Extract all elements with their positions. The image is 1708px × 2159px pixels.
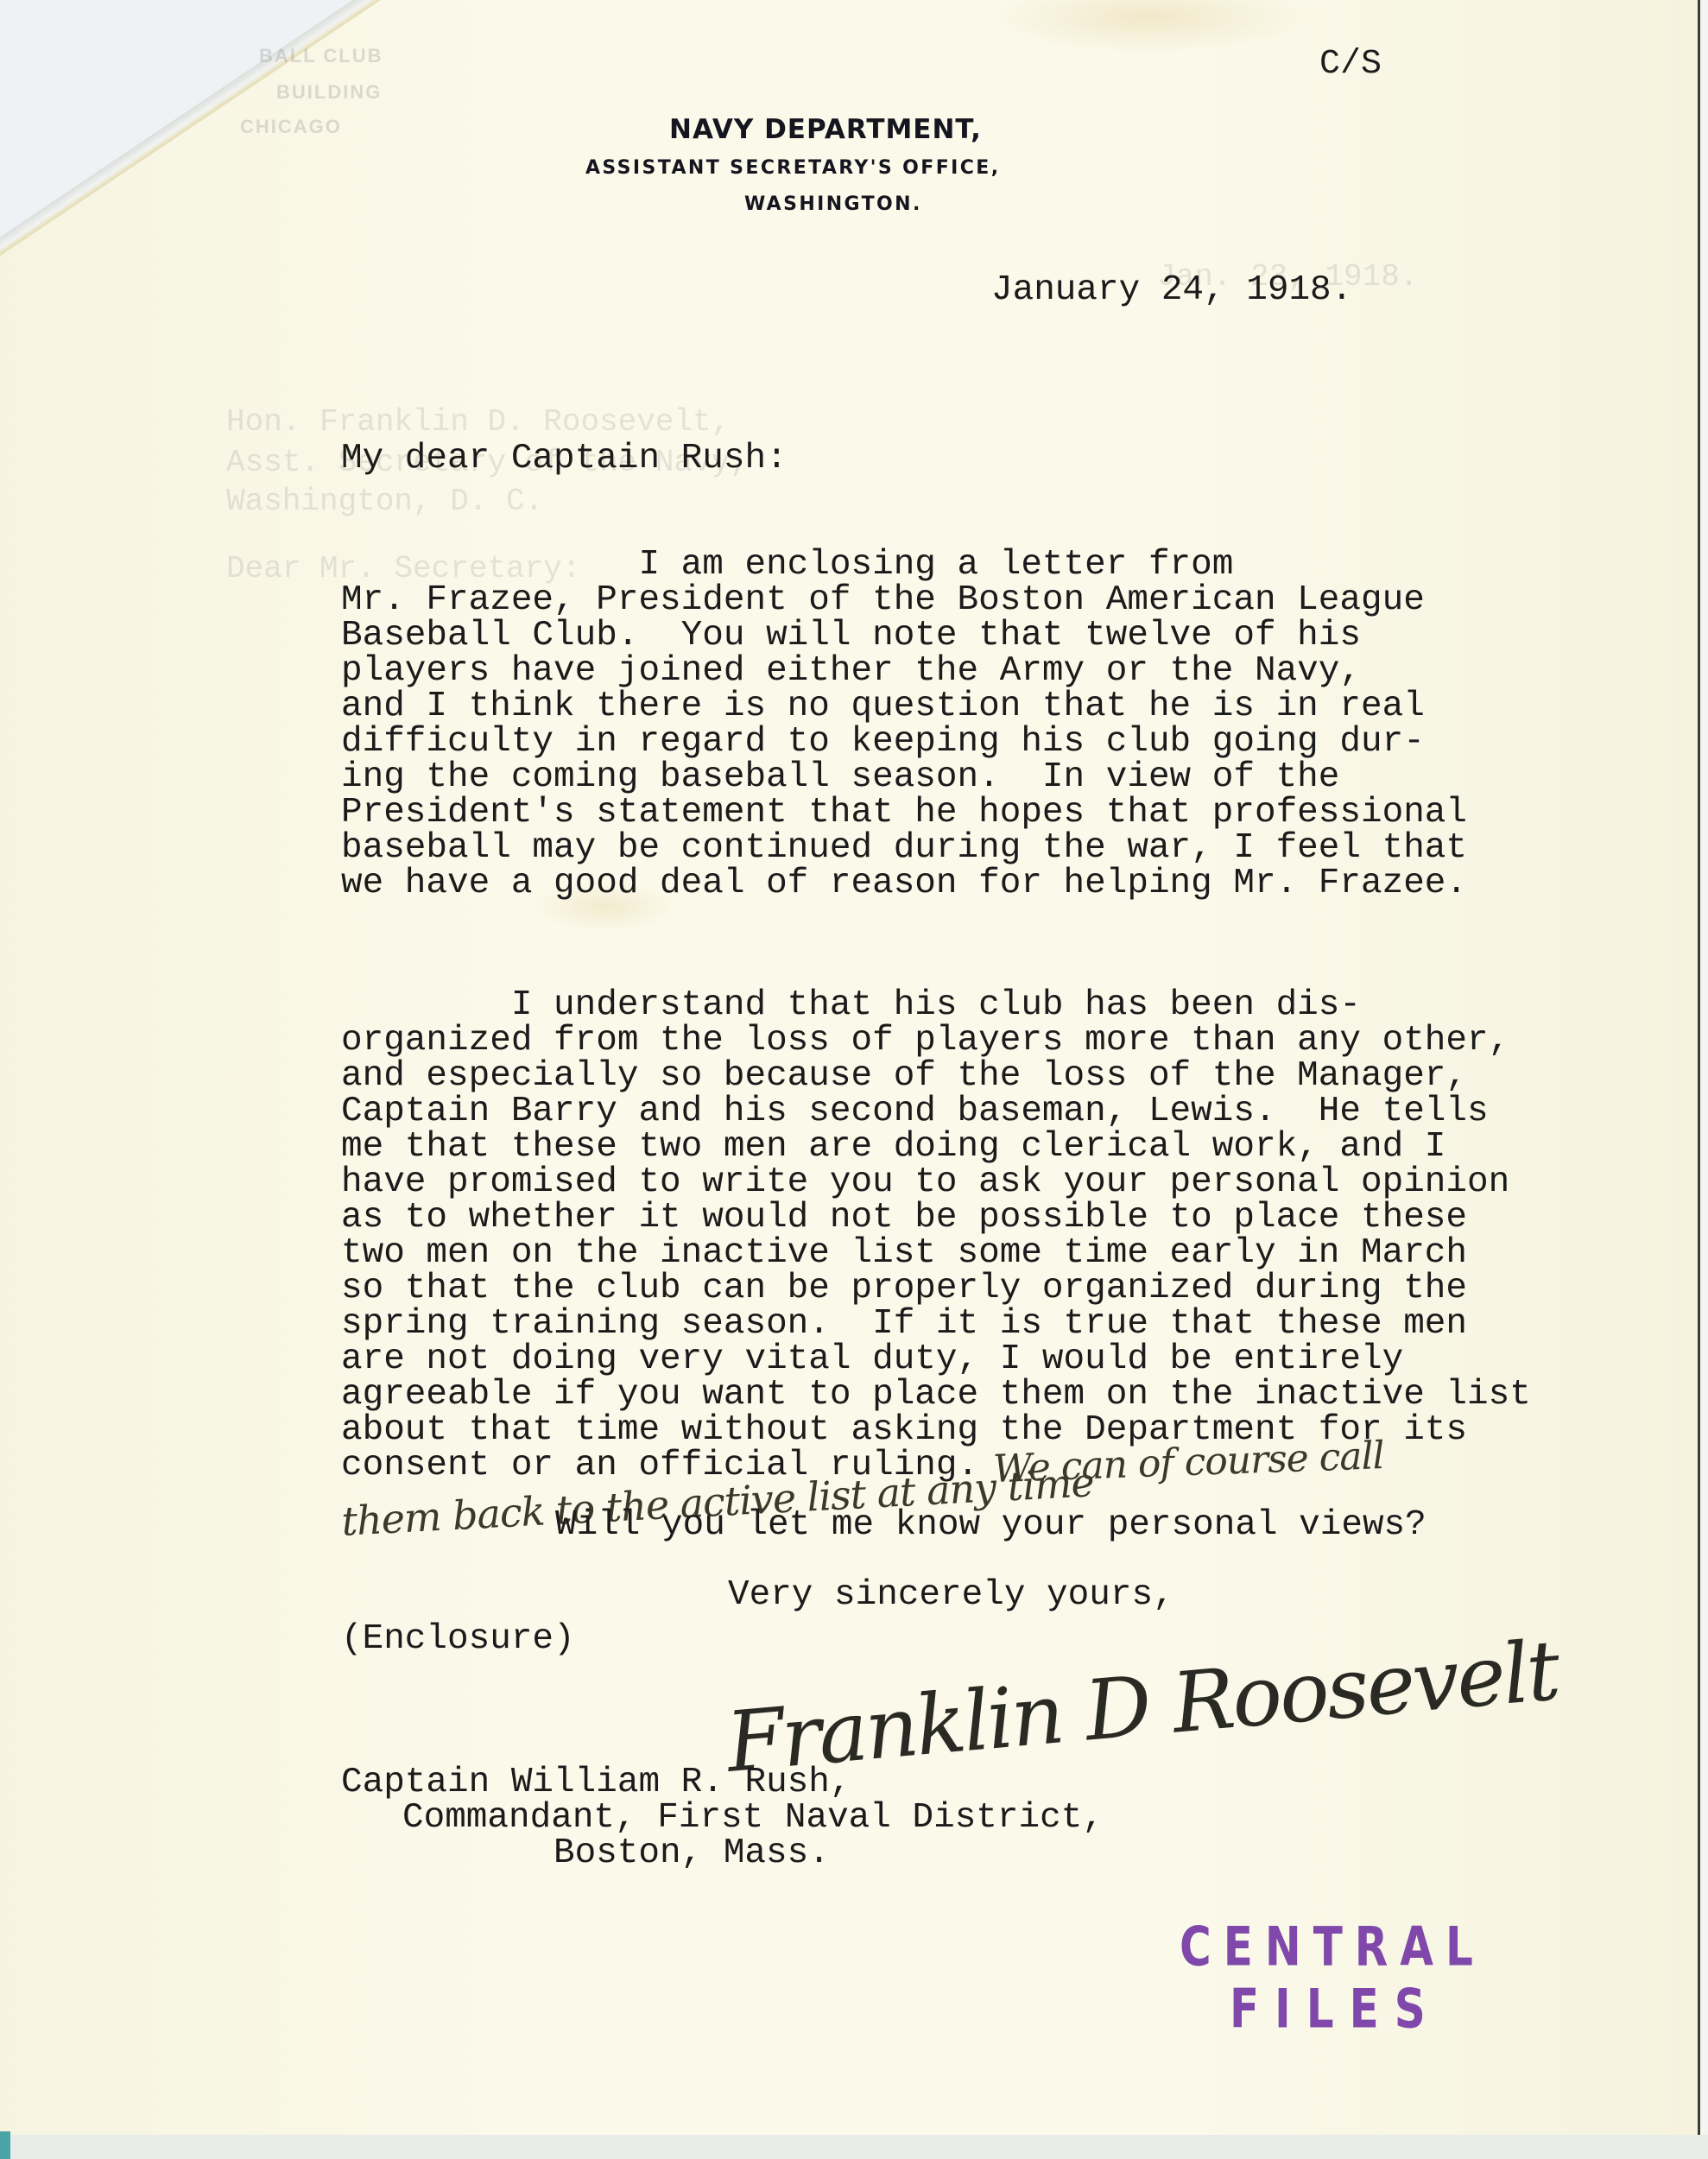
- paragraph-line: Mr. Frazee, President of the Boston Amer…: [341, 583, 1425, 618]
- paragraph-line: and especially so because of the loss of…: [341, 1059, 1467, 1094]
- letterhead-city: WASHINGTON.: [744, 193, 922, 215]
- recipient-name: Captain William R. Rush,: [341, 1765, 851, 1801]
- paragraph-line: are not doing very vital duty, I would b…: [341, 1342, 1403, 1377]
- paragraph-line: spring training season. If it is true th…: [341, 1307, 1467, 1342]
- letterhead-office: ASSISTANT SECRETARY'S OFFICE,: [585, 157, 1000, 179]
- paragraph-line: have promised to write you to ask your p…: [341, 1165, 1509, 1200]
- bleed-through-line-3: Washington, D. C.: [226, 484, 543, 519]
- paragraph-line: difficulty in regard to keeping his club…: [341, 725, 1425, 760]
- paragraph-line: me that these two men are doing clerical…: [341, 1130, 1445, 1165]
- paragraph-line: and I think there is no question that he…: [341, 689, 1425, 725]
- enclosure-note: (Enclosure): [341, 1622, 575, 1657]
- paragraph-line: baseball may be continued during the war…: [341, 831, 1467, 866]
- letter-date: January 24, 1918.: [991, 273, 1352, 308]
- paragraph-line: President's statement that he hopes that…: [341, 795, 1467, 831]
- paragraph-line: we have a good deal of reason for helpin…: [341, 866, 1467, 902]
- salutation: My dear Captain Rush:: [341, 441, 788, 477]
- paragraph-line: ing the coming baseball season. In view …: [341, 760, 1339, 795]
- paragraph-line: players have joined either the Army or t…: [341, 654, 1361, 689]
- letterhead-department: NAVY DEPARTMENT,: [669, 114, 982, 145]
- bleed-through-line-1: Hon. Franklin D. Roosevelt,: [226, 404, 730, 440]
- central-files-stamp-line-2: FILES: [1230, 1978, 1441, 2041]
- recipient-location: Boston, Mass.: [554, 1836, 830, 1871]
- bleed-through-head-3: CHICAGO: [240, 116, 342, 138]
- paragraph-line: Captain Barry and his second baseman, Le…: [341, 1094, 1489, 1130]
- recipient-title: Commandant, First Naval District,: [402, 1801, 1104, 1836]
- closing: Very sincerely yours,: [728, 1578, 1174, 1613]
- paragraph-line: two men on the inactive list some time e…: [341, 1236, 1467, 1271]
- paragraph-line: I am enclosing a letter from: [341, 548, 1233, 583]
- bleed-through-head-1: BALL CLUB: [259, 45, 383, 67]
- file-mark: C/S: [1319, 45, 1382, 84]
- central-files-stamp-line-1: CENTRAL: [1180, 1915, 1485, 1979]
- scan-background-strip: [0, 2135, 1708, 2159]
- paragraph-line: as to whether it would not be possible t…: [341, 1200, 1467, 1236]
- closing-question: Will you let me know your personal views…: [555, 1508, 1426, 1543]
- scan-corner-mark: [0, 2131, 10, 2159]
- paragraph-line: agreeable if you want to place them on t…: [341, 1377, 1531, 1413]
- paragraph-line: organized from the loss of players more …: [341, 1023, 1509, 1059]
- paragraph-line: I understand that his club has been dis-: [341, 988, 1361, 1023]
- paragraph-line: so that the club can be properly organiz…: [341, 1271, 1467, 1307]
- bleed-through-head-2: BUILDING: [276, 81, 382, 104]
- paragraph-line: Baseball Club. You will note that twelve…: [341, 618, 1361, 654]
